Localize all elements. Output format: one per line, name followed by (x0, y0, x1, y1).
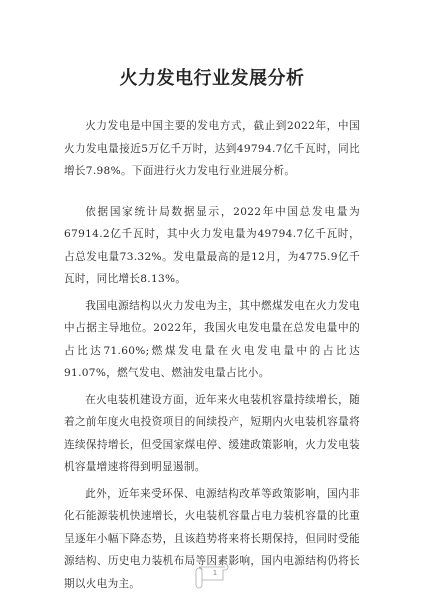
paragraph-intro: 火力发电是中国主要的发电方式，截止到2022年，中国火力发电量接近5万亿千万时，… (64, 115, 360, 183)
paragraph-installed-capacity: 在火电装机建设方面，近年来火电装机容量持续增长，随着之前年度火电投资项目的间续投… (64, 389, 360, 479)
document-body: 火力发电是中国主要的发电方式，截止到2022年，中国火力发电量接近5万亿千万时，… (64, 115, 360, 595)
page-number: 1 (205, 569, 225, 577)
paragraph-power-structure: 我国电源结构以火力发电为主，其中燃煤发电在火力发电中占据主导地位。2022年，我… (64, 295, 360, 385)
paragraph-statistics: 依据国家统计局数据显示，2022年中国总发电量为67914.2亿千瓦时，其中火力… (64, 201, 360, 291)
page-number-footer: 1 (193, 560, 233, 590)
document-title: 火力发电行业发展分析 (0, 64, 424, 90)
document-page: 火力发电行业发展分析 火力发电是中国主要的发电方式，截止到2022年，中国火力发… (0, 0, 424, 600)
